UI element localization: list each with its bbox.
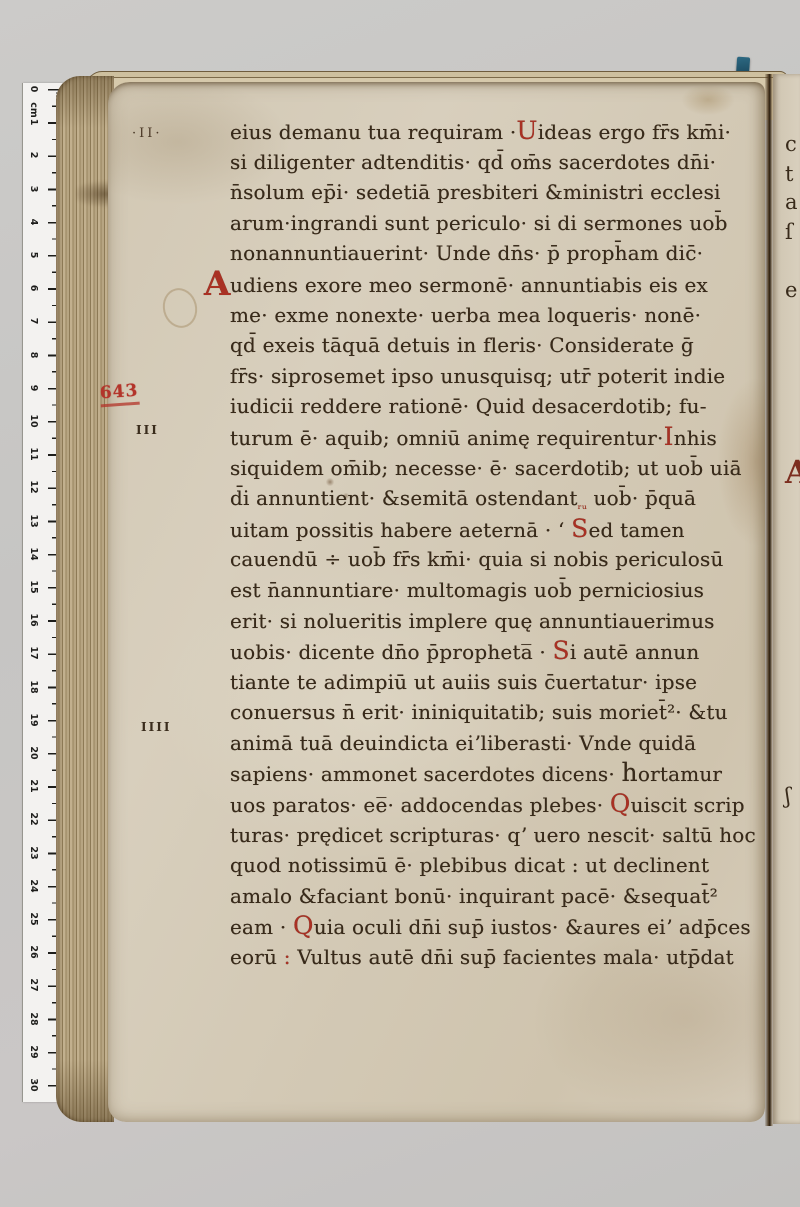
text-run: uobis· dicente dn̄o p̄propheta̅ · (230, 640, 553, 664)
text-run: uob̄· p̄quā (587, 486, 696, 510)
chapter-mark-iii: III (136, 423, 159, 437)
text-run: n̄solum ep̄i· sedetiā presbiteri &minist… (230, 180, 721, 204)
ruler-number-13: 13 (29, 513, 39, 529)
facing-text-fragment-1: c (785, 134, 797, 155)
text-run: ed tamen (589, 518, 685, 542)
manuscript-line-21: animā tuā deuindicta eiʼliberasti· Vnde … (230, 728, 770, 759)
ruler-number-26: 26 (29, 944, 39, 960)
ruler-number-27: 27 (29, 977, 39, 993)
ruler-number-21: 21 (29, 778, 39, 794)
red-shelfmark-stamp: 643 (99, 381, 139, 408)
text-run: ᵣᵤ (578, 498, 587, 512)
ruler-number-19: 19 (29, 712, 39, 728)
text-run: animā tuā deuindicta eiʼliberasti· Vnde … (230, 731, 696, 755)
manuscript-line-25: quod notissimū ē· plebibus dicat : ut de… (230, 850, 770, 881)
ring-stain (159, 284, 202, 331)
text-run: est n̄annuntiare· multomagis uob̄ pernic… (230, 578, 704, 602)
manuscript-line-19: tiante te adimpiū ut auiis suis c̄uertat… (230, 667, 770, 698)
ruler-number-22: 22 (29, 811, 39, 827)
facing-text-fragment-5: e (785, 280, 797, 301)
ruler-number-25: 25 (29, 911, 39, 927)
manuscript-line-22: sapiens· ammonet sacerdotes dicens· hort… (230, 758, 770, 789)
text-run: udiens exore meo sermonē· annuntiabis ei… (230, 273, 708, 297)
ruler-number-17: 17 (29, 645, 39, 661)
manuscript-line-4: arum·ingrandi sunt periculo· si di sermo… (230, 208, 770, 239)
manuscript-line-8: qd̄ exeis tāquā detuis in fleris· Consid… (230, 330, 770, 361)
ruler-number-3: 3 (29, 181, 39, 197)
manuscript-line-11: turum ē· aquib; omniū animę requirentur·… (230, 422, 770, 453)
facing-text-fragment-2: t (785, 164, 793, 185)
text-run: turas· prędicet scripturas· qʼ uero nesc… (230, 823, 756, 847)
facing-text-fragment-7: ʃ (785, 786, 791, 807)
manuscript-line-14: uitam possitis habere aeternā · ʻ Sed ta… (230, 514, 770, 545)
text-run: I (664, 422, 674, 451)
text-run: ortamur (638, 762, 722, 786)
open-book: ·II· 643 III IIII eius demanu tua requir… (56, 70, 800, 1128)
ruler-number-10: 10 (29, 413, 39, 429)
manuscript-line-5: nonannuntiauerint· Unde dn̄s· p̄ proph̄a… (230, 238, 770, 269)
manuscript-line-28: eorū : Vultus autē dn̄i sup̄ facientes m… (230, 942, 770, 973)
manuscript-line-10: iudicii reddere rationē· Quid desacerdot… (230, 391, 770, 422)
text-run: Q (610, 789, 631, 818)
facing-text-fragment-6: A (785, 456, 800, 488)
text-run: uos paratos· ee̅· addocendas plebes· (230, 793, 610, 817)
text-run: qd̄ exeis tāquā detuis in fleris· Consid… (230, 333, 694, 357)
manuscript-line-26: amalo &faciant bonū· inquirant pacē· &se… (230, 881, 770, 912)
ruler-number-16: 16 (29, 612, 39, 628)
text-run: amalo &faciant bonū· inquirant pacē· &se… (230, 884, 718, 908)
text-run: U (516, 116, 537, 145)
text-run: cauendū ÷ uob̄ fr̄s km̄i· quia si nobis … (230, 547, 724, 571)
text-run: erit· si nolueritis implere quę annuntia… (230, 609, 715, 633)
facing-text-fragment-3: a (785, 192, 798, 213)
facing-page-sliver: ctaſeAʃ (773, 74, 800, 1124)
ruler-number-5: 5 (29, 247, 39, 263)
text-run: quod notissimū ē· plebibus dicat : ut de… (230, 853, 709, 877)
text-run: Vultus autē dn̄i sup̄ facientes mala· ut… (291, 945, 734, 969)
ruler-number-12: 12 (29, 479, 39, 495)
text-block: eius demanu tua requiram ·Uideas ergo fr… (230, 116, 770, 973)
text-run: tiante te adimpiū ut auiis suis c̄uertat… (230, 670, 697, 694)
manuscript-line-6: Audiens exore meo sermonē· annuntiabis e… (230, 269, 770, 300)
manuscript-line-24: turas· prędicet scripturas· qʼ uero nesc… (230, 820, 770, 851)
manuscript-line-17: erit· si nolueritis implere quę annuntia… (230, 606, 770, 637)
text-run: h (622, 758, 638, 787)
ruler-number-23: 23 (29, 845, 39, 861)
manuscript-line-20: conuersus n̄ erit· ininiquitatib; suis m… (230, 697, 770, 728)
ruler-number-14: 14 (29, 546, 39, 562)
parchment-page: ·II· 643 III IIII eius demanu tua requir… (108, 82, 765, 1122)
manuscript-photo: 0123456789101112131415161718192021222324… (0, 0, 800, 1207)
ruler-number-18: 18 (29, 679, 39, 695)
ruler-number-9: 9 (29, 380, 39, 396)
manuscript-line-1: eius demanu tua requiram ·Uideas ergo fr… (230, 116, 770, 147)
text-run: : (284, 945, 291, 969)
text-run: sapiens· ammonet sacerdotes dicens· (230, 762, 622, 786)
chapter-mark-iiii: IIII (141, 720, 171, 734)
text-run: uitam possitis habere aeternā · ʻ (230, 518, 571, 542)
facing-text-fragment-4: ſ (785, 222, 793, 243)
text-run: me· exme nonexte· uerba mea loqueris· no… (230, 303, 701, 327)
ruler-number-20: 20 (29, 745, 39, 761)
text-run: iudicii reddere rationē· Quid desacerdot… (230, 394, 707, 418)
manuscript-line-16: est n̄annuntiare· multomagis uob̄ pernic… (230, 575, 770, 606)
ruler-number-29: 29 (29, 1044, 39, 1060)
ruler-number-24: 24 (29, 878, 39, 894)
text-run: si diligenter adtenditis· qd̄ om̄s sacer… (230, 150, 716, 174)
text-run: nhis (674, 426, 717, 450)
ruler-number-4: 4 (29, 214, 39, 230)
text-run: fr̄s· siprosemet ipso unusquisq; utr̄ po… (230, 364, 725, 388)
text-run: uiscit scrip (631, 793, 745, 817)
ruler-number-28: 28 (29, 1011, 39, 1027)
ruler-number-8: 8 (29, 347, 39, 363)
text-run: eius demanu tua requiram · (230, 120, 516, 144)
ruler-unit-label: cm (29, 102, 39, 118)
text-run: eam · (230, 915, 293, 939)
manuscript-line-3: n̄solum ep̄i· sedetiā presbiteri &minist… (230, 177, 770, 208)
ruler-number-6: 6 (29, 280, 39, 296)
text-run: nonannuntiauerint· Unde dn̄s· p̄ proph̄a… (230, 241, 703, 265)
text-run: conuersus n̄ erit· ininiquitatib; suis m… (230, 700, 728, 724)
text-run: A (204, 269, 230, 300)
text-run: uia oculi dn̄i sup̄ iustos· &aures eiʼ a… (314, 915, 751, 939)
text-run: eorū (230, 945, 284, 969)
ruler-number-0: 0 (29, 81, 39, 97)
text-run: i autē annun (570, 640, 700, 664)
page-stack-fore-edge (56, 76, 114, 1122)
text-run: S (553, 636, 570, 665)
manuscript-line-15: cauendū ÷ uob̄ fr̄s km̄i· quia si nobis … (230, 544, 770, 575)
manuscript-line-2: si diligenter adtenditis· qd̄ om̄s sacer… (230, 147, 770, 178)
text-run: d̄i annuntient· &semitā ostendant (230, 486, 578, 510)
folio-mark: ·II· (132, 126, 163, 141)
text-run: siquidem om̄ib; necesse· ē· sacerdotib; … (230, 456, 742, 480)
text-run: S (571, 514, 588, 543)
book-gutter (765, 74, 773, 1126)
manuscript-line-12: siquidem om̄ib; necesse· ē· sacerdotib; … (230, 453, 770, 484)
text-run: Q (293, 911, 314, 940)
text-run: arum·ingrandi sunt periculo· si di sermo… (230, 211, 728, 235)
text-run: ideas ergo fr̄s km̄i· (538, 120, 731, 144)
text-run: turum ē· aquib; omniū animę requirentur· (230, 426, 664, 450)
ruler-number-7: 7 (29, 313, 39, 329)
ruler-number-15: 15 (29, 579, 39, 595)
manuscript-line-27: eam · Quia oculi dn̄i sup̄ iustos· &aure… (230, 911, 770, 942)
ruler-number-2: 2 (29, 147, 39, 163)
manuscript-line-18: uobis· dicente dn̄o p̄propheta̅ · Si aut… (230, 636, 770, 667)
ruler-number-30: 30 (29, 1077, 39, 1093)
manuscript-line-9: fr̄s· siprosemet ipso unusquisq; utr̄ po… (230, 361, 770, 392)
manuscript-line-23: uos paratos· ee̅· addocendas plebes· Qui… (230, 789, 770, 820)
manuscript-line-13: d̄i annuntient· &semitā ostendantᵣᵤ uob̄… (230, 483, 770, 514)
ruler-number-11: 11 (29, 446, 39, 462)
manuscript-line-7: me· exme nonexte· uerba mea loqueris· no… (230, 300, 770, 331)
